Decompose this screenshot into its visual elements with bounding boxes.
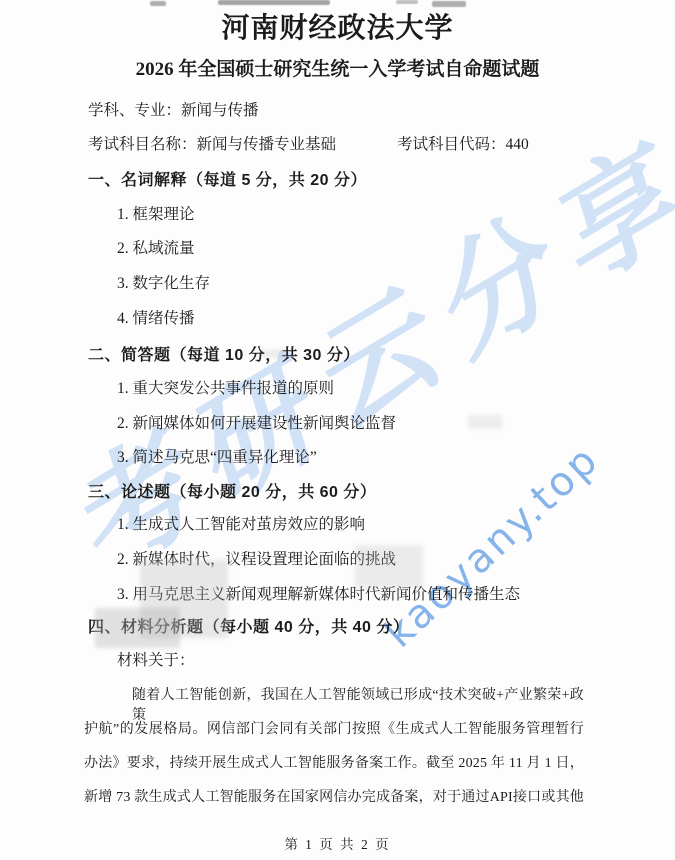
question-item: 3. 用马克思主义新闻观理解新媒体时代新闻价值和传播生态 (117, 582, 520, 604)
question-item: 2. 新媒体时代，议程设置理论面临的挑战 (117, 547, 396, 569)
question-item: 4. 情绪传播 (117, 306, 195, 328)
question-item: 1. 框架理论 (117, 202, 195, 224)
material-intro: 材料关于： (117, 648, 195, 670)
subject-name: 考试科目名称：新闻与传播专业基础 (88, 132, 336, 154)
section-4-heading: 四、材料分析题（每小题 40 分，共 40 分） (88, 614, 409, 637)
question-item: 1. 生成式人工智能对茧房效应的影响 (117, 512, 365, 534)
subject-code: 考试科目代码：440 (397, 132, 529, 154)
section-3-heading: 三、论述题（每小题 20 分，共 60 分） (88, 479, 376, 502)
section-1-heading: 一、名词解释（每道 5 分，共 20 分） (88, 167, 367, 190)
question-item: 2. 私域流量 (117, 236, 195, 258)
material-line: 新增 73 款生成式人工智能服务在国家网信办完成备案，对于通过API接口或其他 (84, 786, 584, 806)
page-number: 第 1 页 共 2 页 (0, 833, 675, 853)
exam-paper-page: 考研云分享 kaoyany.top 河南财经政法大学 2026 年全国硕士研究生… (0, 0, 675, 860)
document-content: 河南财经政法大学 2026 年全国硕士研究生统一入学考试自命题试题 学科、专业：… (0, 0, 675, 860)
exam-title: 2026 年全国硕士研究生统一入学考试自命题试题 (0, 54, 675, 81)
material-line: 护航”的发展格局。网信部门会同有关部门按照《生成式人工智能服务管理暂行 (84, 718, 584, 738)
discipline-line: 学科、专业：新闻与传播 (88, 98, 259, 120)
university-title: 河南财经政法大学 (0, 6, 675, 46)
question-item: 2. 新闻媒体如何开展建设性新闻舆论监督 (117, 411, 396, 433)
question-item: 3. 简述马克思“四重异化理论” (117, 445, 317, 467)
section-2-heading: 二、简答题（每道 10 分，共 30 分） (88, 342, 360, 365)
question-item: 1. 重大突发公共事件报道的原则 (117, 376, 334, 398)
material-line: 办法》要求，持续开展生成式人工智能服务备案工作。截至 2025 年 11 月 1… (84, 752, 584, 772)
question-item: 3. 数字化生存 (117, 271, 210, 293)
